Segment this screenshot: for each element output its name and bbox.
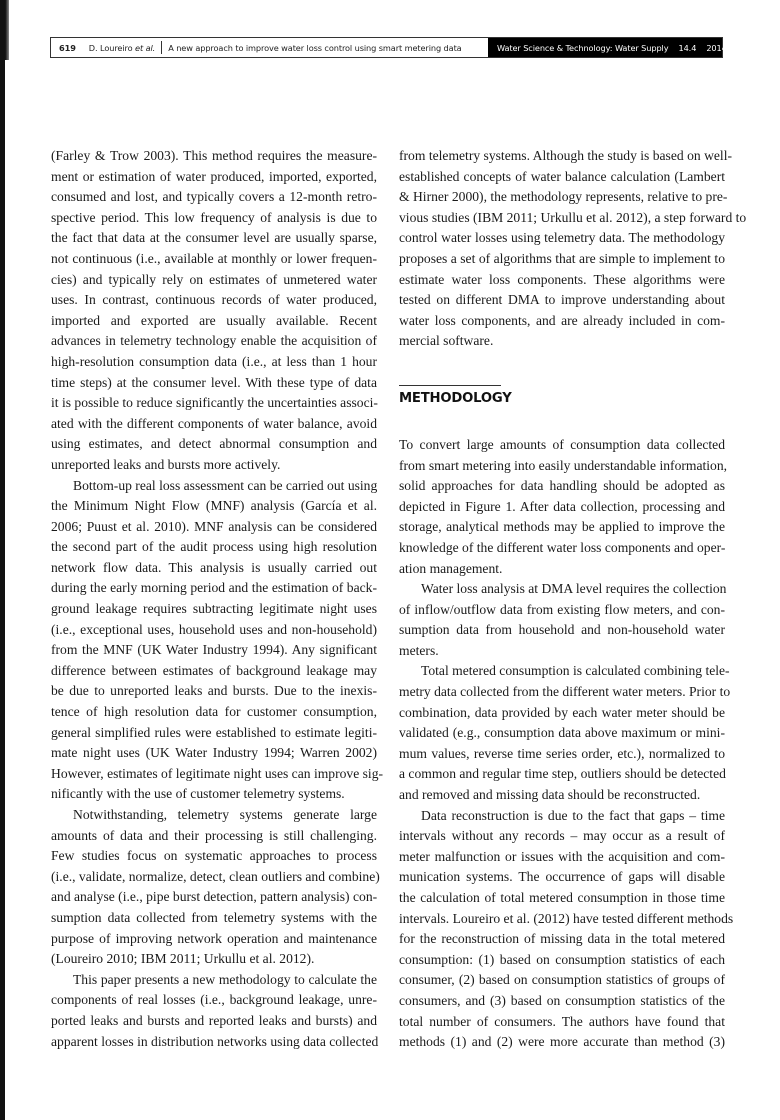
text-line: tence of high resolution data for custom…	[51, 702, 377, 723]
text-line: solid approaches for data handling shoul…	[399, 476, 725, 497]
text-line: from smart metering into easily understa…	[399, 456, 725, 477]
text-line: cies) and typically rely on estimates of…	[51, 270, 377, 291]
text-line: (i.e., exceptional uses, household uses …	[51, 620, 377, 641]
text-line: However, estimates of legitimate night u…	[51, 764, 377, 785]
text-line: Few studies focus on systematic approach…	[51, 846, 377, 867]
heading-spacing	[399, 407, 725, 435]
text-line: munication systems. The occurrence of ga…	[399, 867, 725, 888]
text-line: amounts of data and their processing is …	[51, 826, 377, 847]
text-line: proposes a set of algorithms that are si…	[399, 249, 725, 270]
text-line: advances in telemetry technology enable …	[51, 331, 377, 352]
paragraph-start-line: Notwithstanding, telemetry systems gener…	[51, 805, 377, 826]
text-line: apparent losses in distribution networks…	[51, 1032, 377, 1053]
header-separator	[161, 41, 162, 54]
text-line: time steps) at the consumer level. With …	[51, 373, 377, 394]
text-line: imported and exported are usually availa…	[51, 311, 377, 332]
text-line: using estimates, and detect abnormal con…	[51, 434, 377, 455]
text-line: and analyse (i.e., pipe burst detection,…	[51, 887, 377, 908]
text-line: nificantly with the use of customer tele…	[51, 784, 377, 805]
text-line: consumed and lost, and typically covers …	[51, 187, 377, 208]
paragraph-start-line: This paper presents a new methodology to…	[51, 970, 377, 991]
text-line: be due to unreported leaks and bursts. D…	[51, 681, 377, 702]
text-line: vious studies (IBM 2011; Urkullu et al. …	[399, 208, 725, 229]
text-line: purpose of improving network operation a…	[51, 929, 377, 950]
text-line: ported leaks and bursts and reported lea…	[51, 1011, 377, 1032]
text-line: meter malfunction or issues with the acq…	[399, 847, 725, 868]
text-line: meters.	[399, 641, 725, 662]
text-line: general simplified rules were establishe…	[51, 723, 377, 744]
text-line: consumers, and (3) based on consumption …	[399, 991, 725, 1012]
paragraph-start-line: Water loss analysis at DMA level require…	[399, 579, 725, 600]
text-line: established concepts of water balance ca…	[399, 167, 725, 188]
text-line: the calculation of total metered consump…	[399, 888, 725, 909]
text-line: ground leakage requires subtracting legi…	[51, 599, 377, 620]
running-header-authors: D. Loureiro et al.	[89, 43, 155, 53]
authors-etal: et al.	[135, 43, 155, 53]
text-line: mercial software.	[399, 331, 725, 352]
text-line: sumption data collected from telemetry s…	[51, 908, 377, 929]
text-line: consumer, (2) based on consumption stati…	[399, 970, 725, 991]
section-rule	[399, 385, 501, 386]
text-line: during the early morning period and the …	[51, 578, 377, 599]
text-line: control water losses using telemetry dat…	[399, 228, 725, 249]
text-line: from the MNF (UK Water Industry 1994). A…	[51, 640, 377, 661]
text-line: intervals without any records – may occu…	[399, 826, 725, 847]
text-line: mum values, reverse time series order, e…	[399, 744, 725, 765]
text-line: for the reconstruction of missing data i…	[399, 929, 725, 950]
text-line: depicted in Figure 1. After data collect…	[399, 497, 725, 518]
paragraph-start-line: Total metered consumption is calculated …	[399, 661, 725, 682]
text-line: consumption: (1) based on consumption st…	[399, 950, 725, 971]
text-line: network flow data. This analysis is usua…	[51, 558, 377, 579]
text-line: & Hirner 2000), the methodology represen…	[399, 187, 725, 208]
text-line: ated with the different components of wa…	[51, 414, 377, 435]
text-line: methods (1) and (2) were more accurate t…	[399, 1032, 725, 1053]
page-number: 619	[59, 43, 76, 53]
running-header: 619 D. Loureiro et al. A new approach to…	[50, 37, 723, 58]
text-line: of inflow/outflow data from existing flo…	[399, 600, 725, 621]
text-line: spective period. This low frequency of a…	[51, 208, 377, 229]
text-line: validated (e.g., consumption data above …	[399, 723, 725, 744]
text-line: tested on different DMA to improve under…	[399, 290, 725, 311]
left-column: (Farley & Trow 2003). This method requir…	[51, 146, 377, 1052]
text-line: combination, data provided by each water…	[399, 703, 725, 724]
text-line: metry data collected from the different …	[399, 682, 725, 703]
text-line: the second part of the audit process usi…	[51, 537, 377, 558]
text-line: the Minimum Night Flow (MNF) analysis (G…	[51, 496, 377, 517]
journal-volume: 14.4	[678, 43, 696, 53]
text-line: To convert large amounts of consumption …	[399, 435, 725, 456]
journal-name: Water Science & Technology: Water Supply	[497, 43, 668, 53]
paragraph-start-line: Bottom-up real loss assessment can be ca…	[51, 476, 377, 497]
running-header-title: A new approach to improve water loss con…	[168, 43, 461, 53]
text-line: knowledge of the different water loss co…	[399, 538, 725, 559]
running-header-left: 619 D. Loureiro et al. A new approach to…	[51, 38, 488, 57]
right-column: from telemetry systems. Although the stu…	[399, 146, 725, 1053]
text-line: water loss components, and are already i…	[399, 311, 725, 332]
text-line: 2006; Puust et al. 2010). MNF analysis c…	[51, 517, 377, 538]
text-line: the fact that data at the consumer level…	[51, 228, 377, 249]
text-line: high-resolution consumption data (i.e., …	[51, 352, 377, 373]
journal-banner: Water Science & Technology: Water Supply…	[488, 38, 722, 57]
text-line: difference between estimates of backgrou…	[51, 661, 377, 682]
text-line: from telemetry systems. Although the stu…	[399, 146, 725, 167]
page-scan-edge-shadow	[0, 0, 9, 60]
text-line: sumption data from household and non-hou…	[399, 620, 725, 641]
text-line: not continuous (i.e., available at month…	[51, 249, 377, 270]
text-line: unreported leaks and bursts more activel…	[51, 455, 377, 476]
text-line: it is possible to reduce significantly t…	[51, 393, 377, 414]
text-line: ation management.	[399, 559, 725, 580]
text-line: (Farley & Trow 2003). This method requir…	[51, 146, 377, 167]
text-line: ment or estimation of water produced, im…	[51, 167, 377, 188]
section-heading-methodology: METHODOLOGY	[399, 391, 725, 407]
text-line: (i.e., validate, normalize, detect, clea…	[51, 867, 377, 888]
text-line: storage, analytical methods may be appli…	[399, 517, 725, 538]
text-line: a common and regular time step, outliers…	[399, 764, 725, 785]
text-line: intervals. Loureiro et al. (2012) have t…	[399, 909, 725, 930]
text-line: (Loureiro 2010; IBM 2011; Urkullu et al.…	[51, 949, 377, 970]
paragraph-start-line: Data reconstruction is due to the fact t…	[399, 806, 725, 827]
text-line: and removed and missing data should be r…	[399, 785, 725, 806]
text-line: estimate water loss components. These al…	[399, 270, 725, 291]
text-line: components of real losses (i.e., backgro…	[51, 990, 377, 1011]
text-line: total number of consumers. The authors h…	[399, 1012, 725, 1033]
authors-name: D. Loureiro	[89, 43, 135, 53]
journal-year: 2014	[706, 43, 726, 53]
text-line: uses. In contrast, continuous records of…	[51, 290, 377, 311]
text-line: mate night uses (UK Water Industry 1994;…	[51, 743, 377, 764]
page-scan-edge	[0, 0, 5, 1120]
